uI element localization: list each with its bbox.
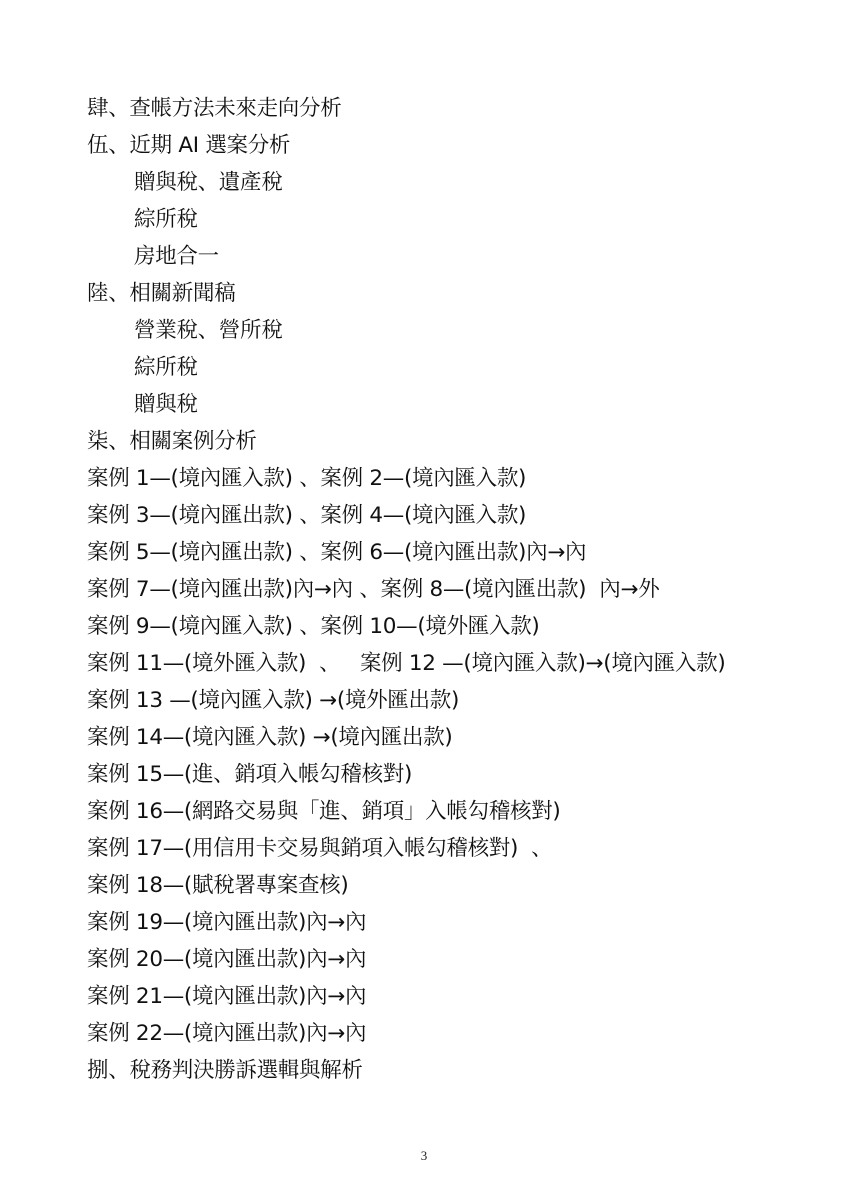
sub-item: 營業稅、營所稅 xyxy=(134,317,282,345)
section-heading-8: 捌、稅務判決勝訴選輯與解析 xyxy=(87,1057,363,1085)
case-line: 案例 19—(境內匯出款)內→內 xyxy=(87,909,366,937)
case-line: 案例 5—(境內匯出款) 、案例 6—(境內匯出款)內→內 xyxy=(87,539,586,567)
case-line: 案例 7—(境內匯出款)內→內 、案例 8—(境內匯出款) 內→外 xyxy=(87,576,659,604)
case-line: 案例 17—(用信用卡交易與銷項入帳勾稽核對) 、 xyxy=(87,835,552,863)
section-heading-4: 肆、查帳方法未來走向分析 xyxy=(87,95,341,123)
sub-item: 房地合一 xyxy=(134,243,219,271)
page-number: 3 xyxy=(0,1148,848,1164)
sub-item: 綜所稅 xyxy=(134,354,198,382)
case-line: 案例 16—(網路交易與「進、銷項」入帳勾稽核對) xyxy=(87,798,560,826)
section-heading-5: 伍、近期 AI 選案分析 xyxy=(87,132,290,160)
sub-item: 贈與稅、遺產稅 xyxy=(134,169,282,197)
case-line: 案例 3—(境內匯出款) 、案例 4—(境內匯入款) xyxy=(87,502,526,530)
sub-item: 綜所稅 xyxy=(134,206,198,234)
case-line: 案例 20—(境內匯出款)內→內 xyxy=(87,946,366,974)
case-line: 案例 14—(境內匯入款) →(境內匯出款) xyxy=(87,724,453,752)
case-line: 案例 11—(境外匯入款) 、 案例 12 —(境內匯入款)→(境內匯入款) xyxy=(87,650,725,678)
case-line: 案例 1—(境內匯入款) 、案例 2—(境內匯入款) xyxy=(87,465,526,493)
case-line: 案例 9—(境內匯入款) 、案例 10—(境外匯入款) xyxy=(87,613,540,641)
case-line: 案例 18—(賦稅署專案查核) xyxy=(87,872,348,900)
section-heading-6: 陸、相關新聞稿 xyxy=(87,280,235,308)
document-page: 肆、查帳方法未來走向分析 伍、近期 AI 選案分析 贈與稅、遺產稅 綜所稅 房地… xyxy=(0,0,848,1200)
case-line: 案例 21—(境內匯出款)內→內 xyxy=(87,983,366,1011)
sub-item: 贈與稅 xyxy=(134,391,198,419)
case-line: 案例 13 —(境內匯入款) →(境外匯出款) xyxy=(87,687,459,715)
case-line: 案例 15—(進、銷項入帳勾稽核對) xyxy=(87,761,412,789)
section-heading-7: 柒、相關案例分析 xyxy=(87,428,257,456)
case-line: 案例 22—(境內匯出款)內→內 xyxy=(87,1020,366,1048)
